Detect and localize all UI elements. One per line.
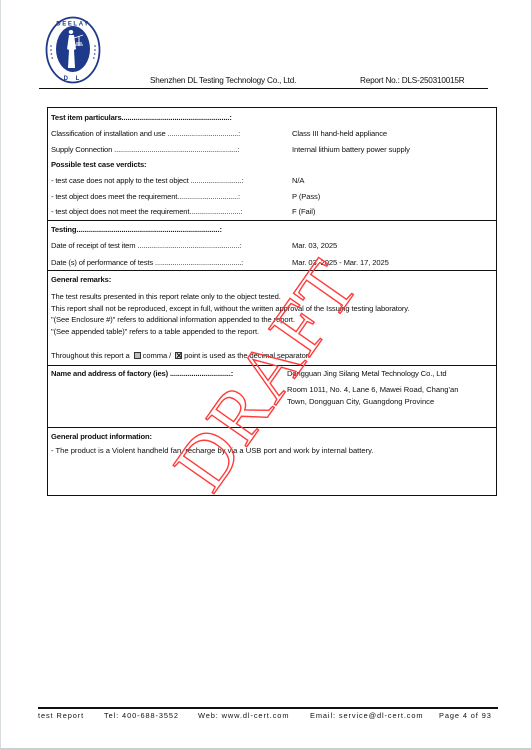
remark-line: The test results presented in this repor… [51, 291, 409, 303]
test-item-section: Test item particulars...................… [48, 108, 496, 216]
supply-connection-label: Supply Connection ......................… [51, 145, 283, 154]
header-divider [39, 88, 488, 89]
remarks-text: The test results presented in this repor… [51, 291, 409, 337]
factory-name: Dongguan Jing Silang Metal Technology Co… [287, 369, 446, 378]
receipt-date-value: Mar. 03, 2025 [292, 241, 337, 250]
report-number: Report No.: DLS-250310015R [360, 76, 465, 85]
remarks-section: General remarks: The test results presen… [48, 270, 496, 365]
testing-section: Testing.................................… [48, 220, 496, 270]
receipt-date-label: Date of receipt of test item ...........… [51, 241, 283, 250]
supply-connection-value: Internal lithium battery power supply [292, 145, 410, 154]
remark-line: "(See appended table)" refers to a table… [51, 326, 409, 338]
product-section: General product information: - The produ… [48, 427, 496, 497]
footer-doc-type: test Report [38, 711, 84, 720]
footer-web: Web: www.dl-cert.com [198, 711, 289, 720]
comma-label: comma / [143, 351, 171, 360]
remark-line: This report shall not be reproduced, exc… [51, 303, 409, 315]
report-table: Test item particulars...................… [47, 107, 497, 496]
verdict-pass-label: - test object does meet the requirement.… [51, 192, 283, 201]
verdict-na-value: N/A [292, 176, 304, 185]
verdict-fail-value: F (Fail) [292, 207, 315, 216]
footer-email[interactable]: Email: service@dl-cert.com [310, 711, 423, 720]
test-item-heading: Test item particulars...................… [51, 113, 283, 122]
verdict-na-label: - test case does not apply to the test o… [51, 176, 283, 185]
verdicts-heading: Possible test case verdicts: [51, 160, 283, 169]
test-dates-label: Date (s) of performance of tests .......… [51, 258, 283, 267]
classification-label: Classification of installation and use .… [51, 129, 283, 138]
comma-checkbox[interactable] [134, 352, 141, 359]
deelay-logo-icon: DEELAY D L [45, 16, 101, 84]
factory-section: Name and address of factory (ies) ......… [48, 365, 496, 427]
testing-heading: Testing.................................… [51, 225, 283, 234]
footer-divider [38, 707, 498, 709]
test-dates-value: Mar. 03, 2025 - Mar. 17, 2025 [292, 258, 389, 267]
footer-tel: Tel: 400-688-3552 [104, 711, 179, 720]
verdict-fail-label: - test object does not meet the requirem… [51, 207, 283, 216]
svg-text:DEELAY: DEELAY [56, 22, 89, 28]
svg-text:D L: D L [64, 76, 83, 82]
separator-prefix: Throughout this report a [51, 351, 130, 360]
classification-value: Class III hand-held appliance [292, 129, 387, 138]
decimal-separator-line: Throughout this report a comma / point i… [51, 350, 310, 362]
point-checkbox[interactable] [175, 352, 182, 359]
factory-address-line1: Room 1011, No. 4, Lane 6, Mawei Road, Ch… [287, 385, 458, 394]
product-heading: General product information: [51, 432, 283, 441]
verdict-pass-value: P (Pass) [292, 192, 320, 201]
factory-address-line2: Town, Dongguan City, Guangdong Province [287, 397, 434, 406]
report-page: DEELAY D L Shenzhen DL Testing Technolog… [0, 0, 532, 750]
product-description: - The product is a Violent handheld fan,… [51, 446, 374, 455]
point-label: point is used as the decimal separator. [184, 351, 310, 360]
remarks-heading: General remarks: [51, 275, 283, 284]
factory-label: Name and address of factory (ies) ......… [51, 369, 283, 378]
remark-line: "(See Enclosure #)" refers to additional… [51, 314, 409, 326]
footer-page-number: Page 4 of 93 [439, 711, 492, 720]
company-name: Shenzhen DL Testing Technology Co., Ltd. [150, 76, 296, 85]
